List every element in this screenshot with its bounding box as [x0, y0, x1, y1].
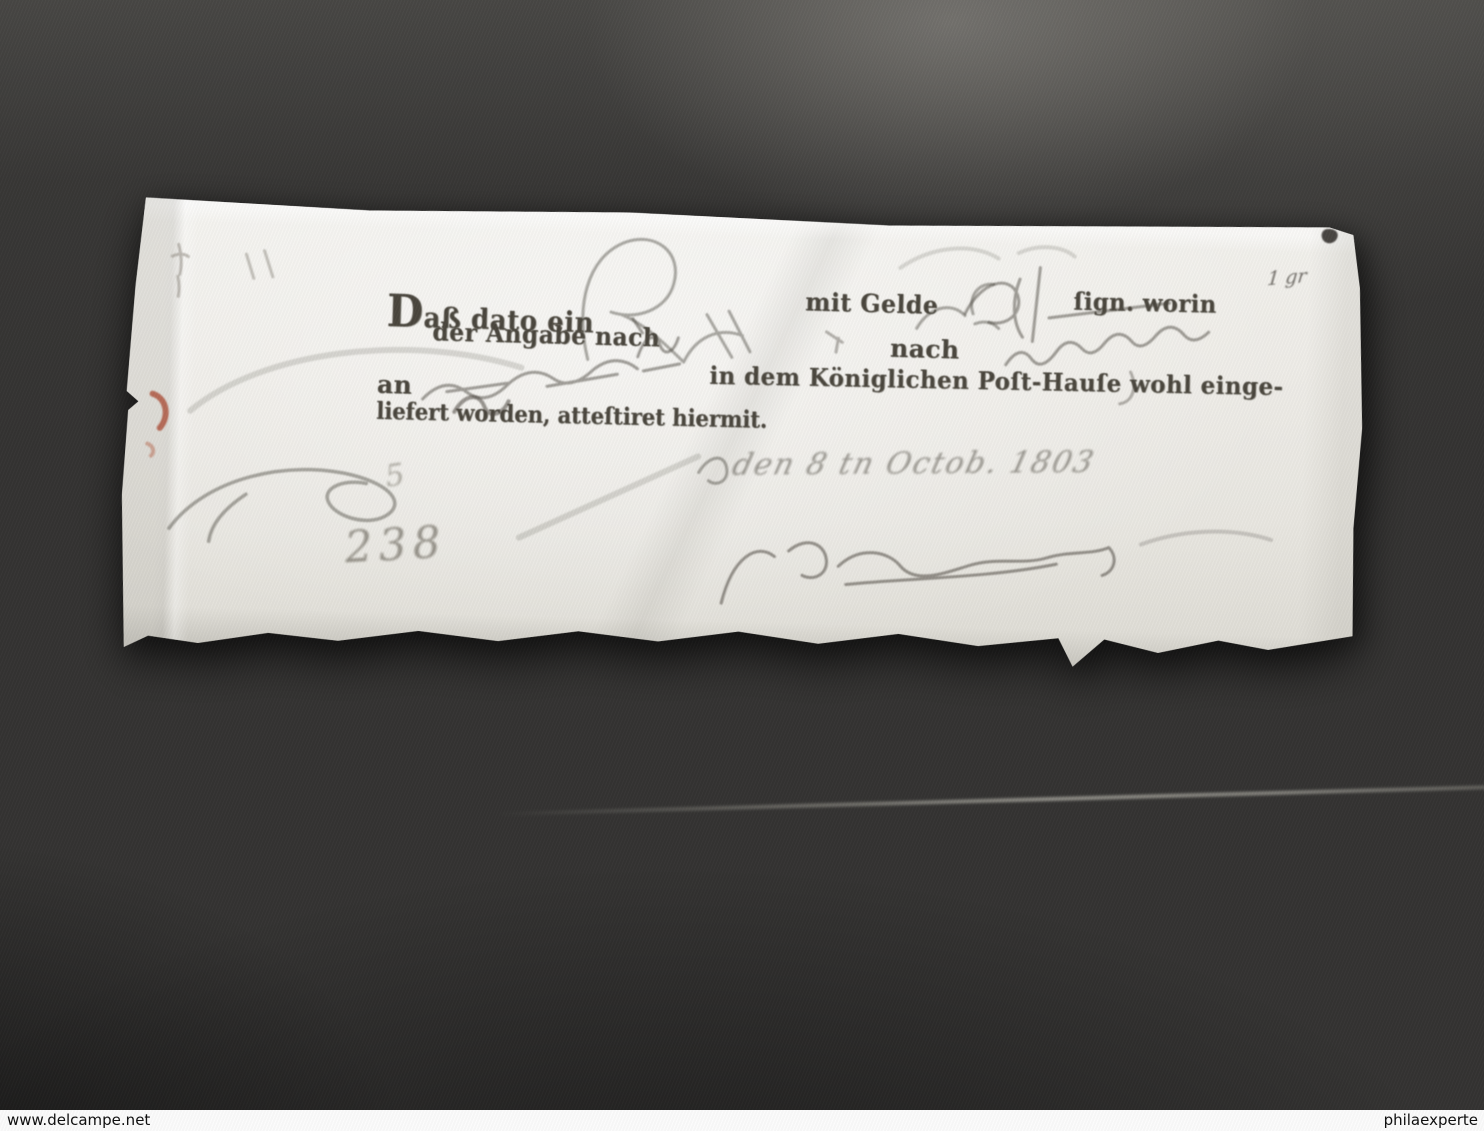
watermark-bar: www.delcampe.net philaexperte [0, 1110, 1484, 1131]
receipt-paper-wrap: Daß dato ein mit Gelde ſign. worin der A… [117, 195, 1369, 698]
watermark-seller-text: philaexperte [1384, 1110, 1478, 1131]
ink-spot [1321, 229, 1338, 244]
watermark-url-text: www.delcampe.net [7, 1110, 150, 1131]
handwriting-strokes [117, 195, 1369, 698]
table-edge-highlight [498, 785, 1484, 816]
wax-seal-mark [147, 394, 166, 456]
photo-background: Daß dato ein mit Gelde ſign. worin der A… [0, 0, 1484, 1131]
screenshot: Daß dato ein mit Gelde ſign. worin der A… [0, 0, 1484, 1131]
postal-receipt-document: Daß dato ein mit Gelde ſign. worin der A… [117, 195, 1369, 698]
